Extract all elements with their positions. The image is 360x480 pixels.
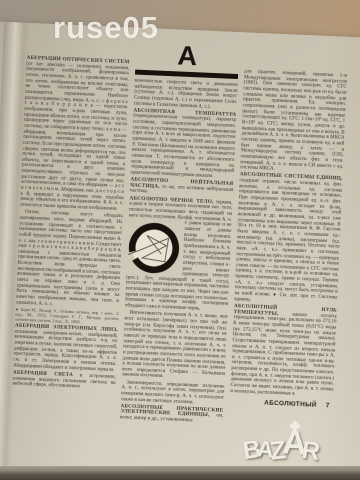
- entry-body: (от лат. aberratio — уклонение), искажен…: [20, 61, 129, 212]
- page-content: АБЕРРАЦИИ ОПТИЧЕСКИХ СИСТЕМ (от лат. abe…: [9, 35, 348, 477]
- book-photo: АБЕРРАЦИИ ОПТИЧЕСКИХ СИСТЕМ (от лат. abe…: [0, 0, 360, 480]
- continuation-paragraph: для практич. измерений, принятые 1-м Меж…: [240, 69, 347, 175]
- entry-absolyutnaya-temperatura: АБСОЛЮТНАЯ ТЕМПЕРАТУРА (термодинамическа…: [131, 108, 237, 180]
- logo-letter: R: [300, 438, 321, 465]
- entry-absolyutno-chernoe-telo: АБСОЛЮТНО ЧЁРНОЕ ТЕЛО, термин, к-рым в т…: [125, 196, 233, 314]
- entry-aberracii-elektronnyh-linz: АБЕРРАЦИИ ЭЛЕКТРОННЫХ ЛИНЗ, искажения эл…: [13, 324, 118, 374]
- continuation-paragraph: конечностью скорости света и движением н…: [134, 79, 238, 112]
- entry-body: содержат огранич. число основных ед. физ…: [234, 178, 342, 302]
- entry-body: начало отсчёта термодинамич. темп-ры; ра…: [230, 312, 337, 396]
- entry-body: (термодинамическая температура), парамет…: [131, 114, 237, 179]
- entry-aberracii-opticheskih-sistem: АБЕРРАЦИИ ОПТИЧЕСКИХ СИСТЕМ (от лат. abe…: [20, 56, 130, 213]
- entry-aberraciya-sveta: АБЕРРАЦИЯ СВЕТА в астрономии, изменение …: [12, 370, 116, 391]
- entry-absolyutnyj-nul-temperatury: АБСОЛЮТНЫЙ НУЛЬ ТЕМПЕРАТУРЫ, начало отсч…: [230, 304, 337, 399]
- paragraph: Оптич. системы могут обладать одновремен…: [16, 210, 123, 311]
- footer-keyword: АБСОЛЮТНЫЙ: [264, 401, 317, 409]
- seller-watermark: ruse05: [53, 10, 159, 46]
- column-right: для практич. измерений, принятые 1-м Меж…: [227, 44, 349, 476]
- paragraph: Интенсивность излучения А. ч. т. выше, ч…: [122, 311, 228, 383]
- desk-surface: [0, 466, 360, 480]
- bazar-logo: B A Z A R: [245, 429, 318, 463]
- entry-absolyutnye-prakticheskie-edinicy: АБСОЛЮТНЫЕ ПРАКТИЧЕСКИЕ ЭЛЕКТРИЧЕСКИЕ ЕД…: [120, 404, 224, 425]
- entry-absolyutnye-sistemy-edinic: АБСОЛЮТНЫЕ СИСТЕМЫ ЕДИНИЦ, содержат огра…: [234, 173, 343, 307]
- column-left: АБЕРРАЦИИ ОПТИЧЕСКИХ СИСТЕМ (от лат. abe…: [9, 35, 131, 467]
- book-page: АБЕРРАЦИИ ОПТИЧЕСКИХ СИСТЕМ (от лат. abe…: [0, 21, 360, 480]
- entry-body: искажения электронно-оптич. изображений,…: [13, 329, 118, 372]
- running-footer: АБСОЛЮТНЫЙ 7: [230, 399, 333, 409]
- blackbody-cavity-diagram: [126, 221, 181, 276]
- page-number: 7: [326, 404, 330, 410]
- column-center: А конечностью скорости света и движением…: [118, 40, 240, 472]
